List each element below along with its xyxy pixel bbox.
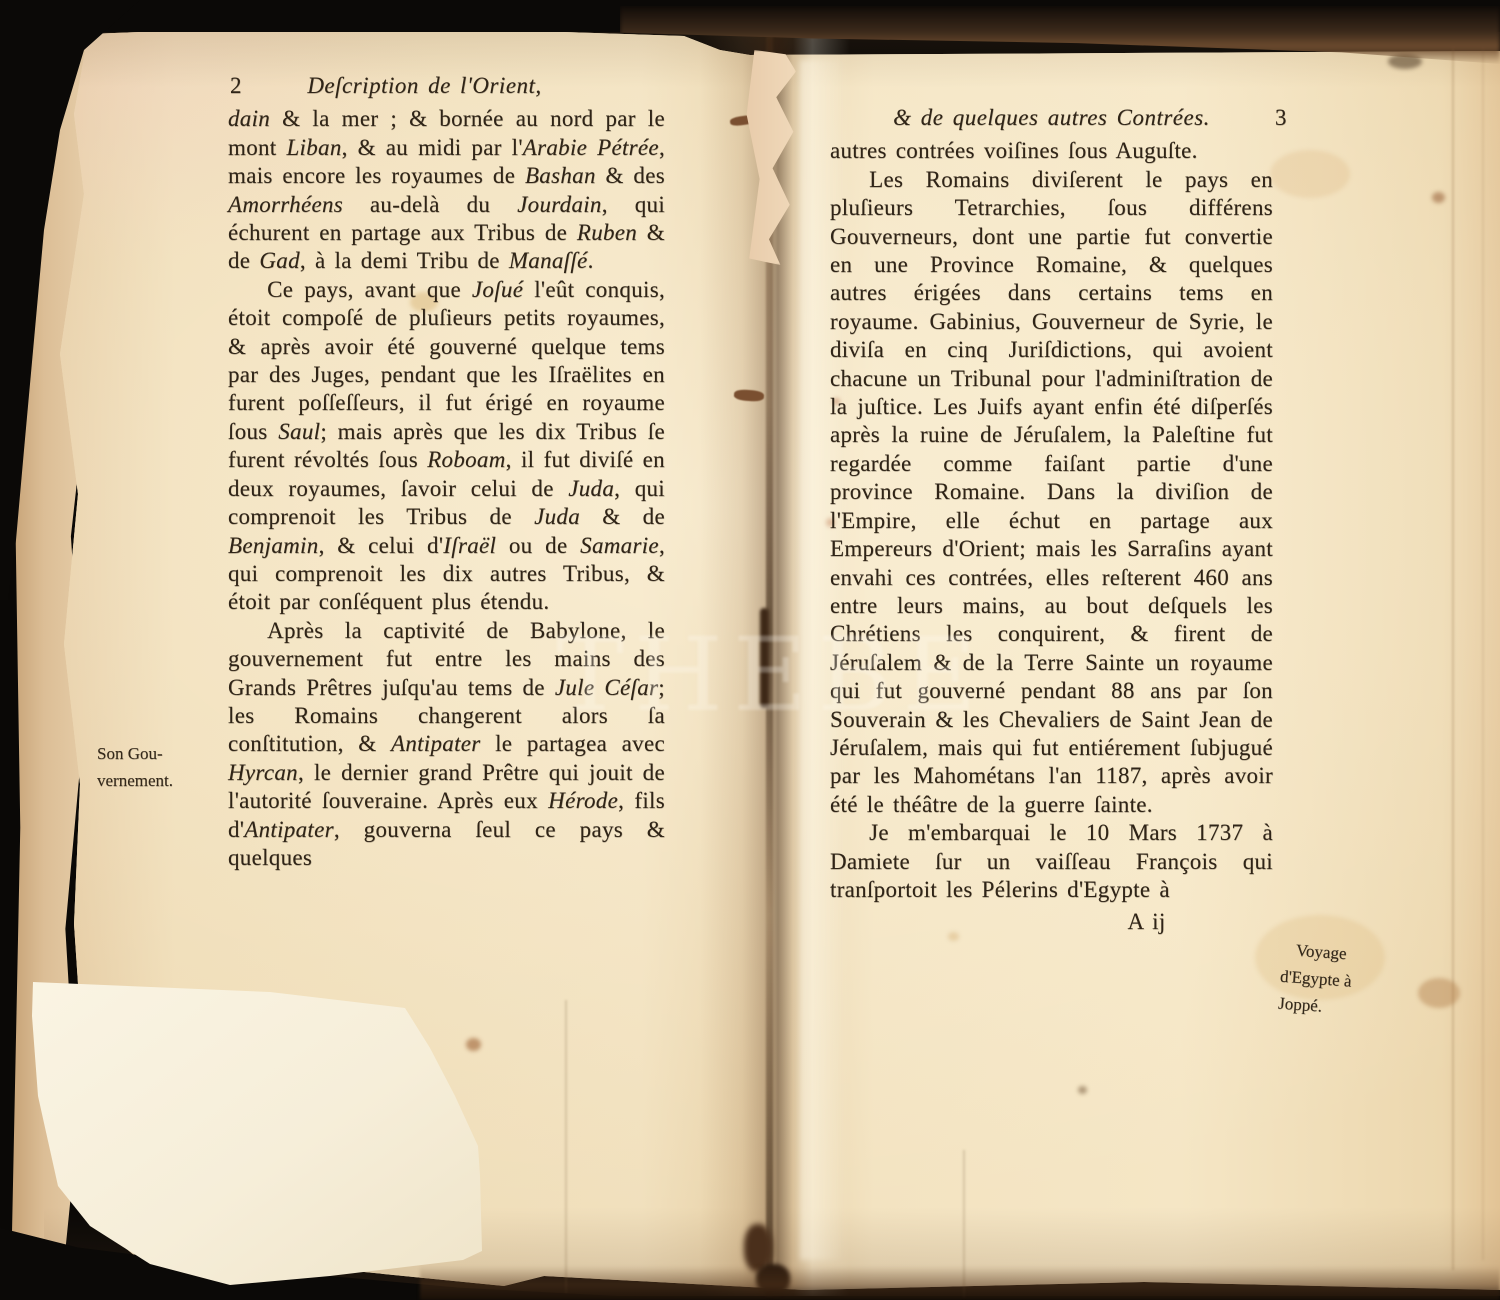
left-page-number: 2 bbox=[230, 72, 242, 100]
signature-mark: A ij bbox=[830, 908, 1273, 936]
stain bbox=[1270, 150, 1350, 198]
stain bbox=[1418, 978, 1460, 1008]
page-edge-line bbox=[1452, 30, 1454, 1270]
book-scan: 2 Deſcription de l'Orient, dain & la mer… bbox=[0, 0, 1500, 1300]
right-page-header: & de quelques autres Contrées. 3 bbox=[830, 104, 1273, 132]
paragraph: dain & la mer ; & bornée au nord par le … bbox=[228, 105, 665, 275]
left-page: 2 Deſcription de l'Orient, dain & la mer… bbox=[228, 72, 665, 872]
left-running-title: Deſcription de l'Orient, bbox=[307, 72, 541, 100]
book-edge-streak-bottom bbox=[420, 1266, 1500, 1300]
stain bbox=[1078, 1086, 1087, 1094]
paragraph: Je m'embarquai le 10 Mars 1737 à Damiete… bbox=[830, 819, 1273, 904]
right-margin-note: Voyaged'Egypte àJoppé. bbox=[1277, 936, 1407, 1026]
right-running-title: & de quelques autres Contrées. bbox=[893, 105, 1210, 130]
page-edge-line bbox=[1482, 40, 1484, 1260]
left-page-body: dain & la mer ; & bornée au nord par le … bbox=[228, 105, 665, 872]
margin-note-line: vernement. bbox=[97, 767, 222, 794]
stain bbox=[466, 1038, 481, 1051]
right-page-number: 3 bbox=[1275, 104, 1287, 132]
left-margin-note: Son Gou-vernement. bbox=[97, 740, 222, 794]
margin-note-line: Son Gou- bbox=[97, 740, 222, 767]
paragraph: autres contrées voiſines ſous Auguſte. bbox=[830, 137, 1273, 165]
stain bbox=[1432, 192, 1445, 203]
watermark: THEBE bbox=[556, 616, 987, 735]
right-page-body: autres contrées voiſines ſous Auguſte.Le… bbox=[830, 137, 1273, 904]
right-page: & de quelques autres Contrées. 3 autres … bbox=[830, 104, 1273, 937]
paper-crease bbox=[565, 1000, 567, 1295]
paragraph: Ce pays, avant que Joſué l'eût conquis, … bbox=[228, 276, 665, 617]
left-page-header: 2 Deſcription de l'Orient, bbox=[228, 72, 665, 100]
